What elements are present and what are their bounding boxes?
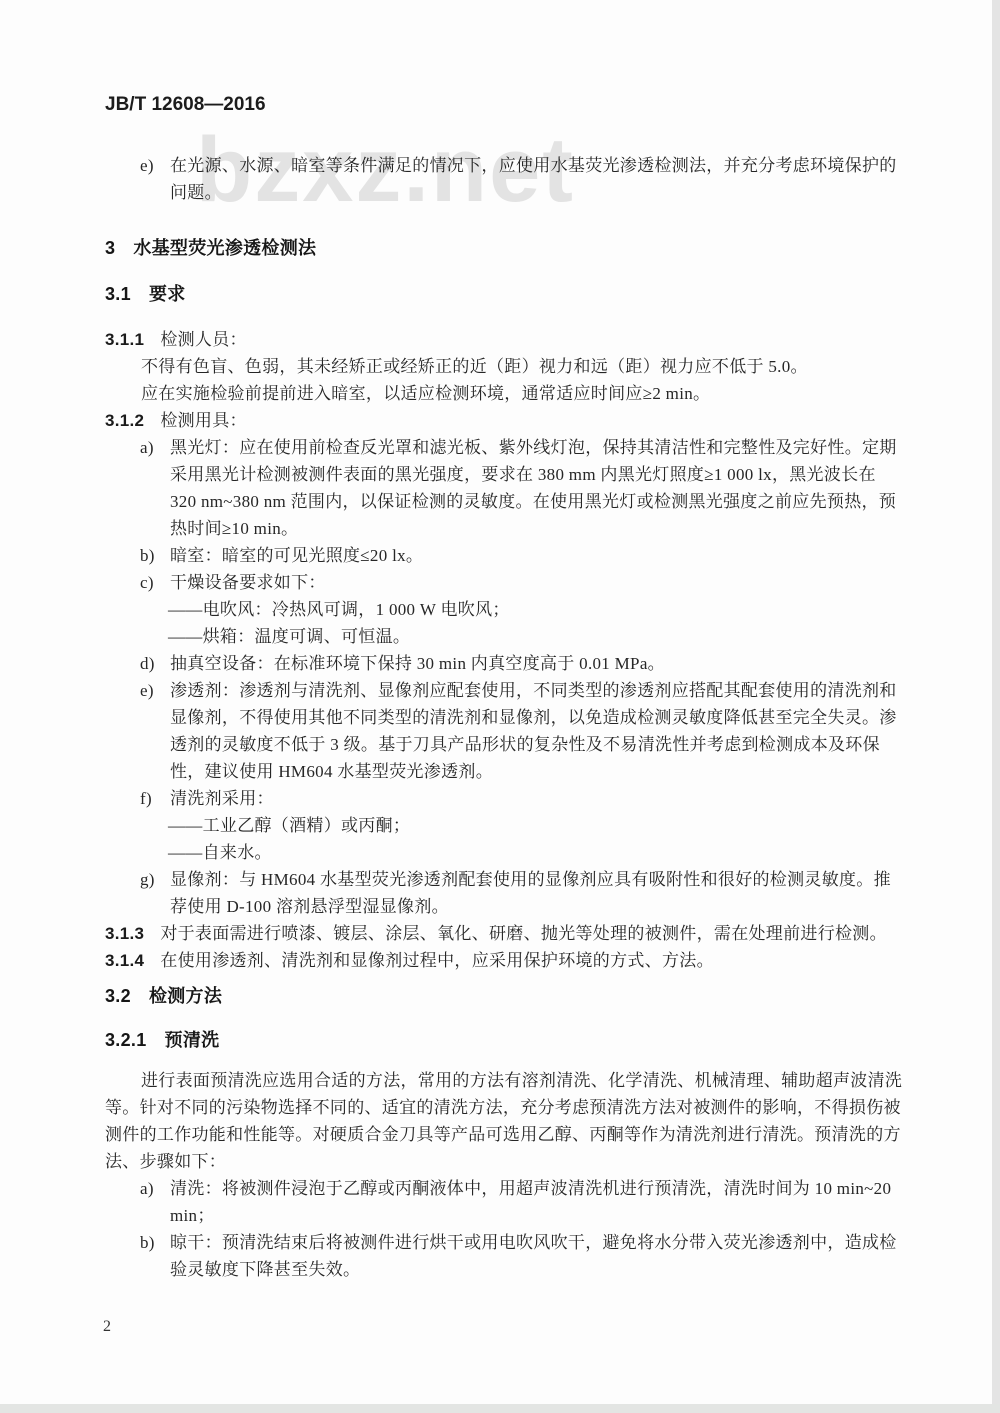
section-number: 3.1 bbox=[105, 284, 131, 304]
clause-number: 3.1.3 bbox=[105, 920, 144, 947]
clause-number: 3.1.4 bbox=[105, 947, 144, 974]
section-heading-3: 3水基型荧光渗透检测法 bbox=[105, 235, 905, 262]
clause-3-1-2: 3.1.2 检测用具： bbox=[105, 407, 905, 434]
section-heading-3-2-1: 3.2.1预清洗 bbox=[105, 1027, 905, 1054]
list-text: 显像剂：与 HM604 水基型荧光渗透剂配套使用的显像剂应具有吸附性和很好的检测… bbox=[170, 866, 905, 920]
list-marker: a) bbox=[140, 1175, 170, 1229]
clause-text: 对于表面需进行喷漆、镀层、涂层、氧化、研磨、抛光等处理的被测件，需在处理前进行检… bbox=[160, 920, 905, 947]
section-number: 3.2.1 bbox=[105, 1030, 147, 1050]
clause-title: 检测用具： bbox=[160, 407, 905, 434]
dash-item: ——电吹风：冷热风可调，1 000 W 电吹风； bbox=[168, 596, 905, 623]
section-heading-3-2: 3.2检测方法 bbox=[105, 983, 905, 1010]
list-item: a) 清洗：将被测件浸泡于乙醇或丙酮液体中，用超声波清洗机进行预清洗，清洗时间为… bbox=[140, 1175, 905, 1229]
list-text: 暗室：暗室的可见光照度≤20 lx。 bbox=[170, 542, 905, 569]
paragraph: 进行表面预清洗应选用合适的方法，常用的方法有溶剂清洗、化学清洗、机械清理、辅助超… bbox=[105, 1067, 905, 1175]
list-marker: e) bbox=[140, 152, 170, 206]
clause-text: 在使用渗透剂、清洗剂和显像剂过程中，应采用保护环境的方式、方法。 bbox=[160, 947, 905, 974]
section-title: 水基型荧光渗透检测法 bbox=[133, 238, 316, 258]
list-marker: f) bbox=[140, 785, 170, 812]
scan-edge-right bbox=[992, 0, 1000, 1413]
list-marker: a) bbox=[140, 434, 170, 542]
list-text: 黑光灯：应在使用前检查反光罩和滤光板、紫外线灯泡，保持其清洁性和完整性及完好性。… bbox=[170, 434, 905, 542]
list-item: c) 干燥设备要求如下： bbox=[140, 569, 905, 596]
list-text: 干燥设备要求如下： bbox=[170, 569, 905, 596]
list-item: e) 渗透剂：渗透剂与清洗剂、显像剂应配套使用，不同类型的渗透剂应搭配其配套使用… bbox=[140, 677, 905, 785]
section-number: 3 bbox=[105, 238, 115, 258]
clause-number: 3.1.2 bbox=[105, 407, 144, 434]
list-item: a) 黑光灯：应在使用前检查反光罩和滤光板、紫外线灯泡，保持其清洁性和完整性及完… bbox=[140, 434, 905, 542]
paragraph: 不得有色盲、色弱，其未经矫正或经矫正的近（距）视力和远（距）视力应不低于 5.0… bbox=[105, 353, 905, 380]
list-text: 渗透剂：渗透剂与清洗剂、显像剂应配套使用，不同类型的渗透剂应搭配其配套使用的清洗… bbox=[170, 677, 905, 785]
scan-edge-bottom bbox=[0, 1404, 1000, 1413]
list-text: 清洗：将被测件浸泡于乙醇或丙酮液体中，用超声波清洗机进行预清洗，清洗时间为 10… bbox=[170, 1175, 905, 1229]
clause-3-1-1: 3.1.1 检测人员： bbox=[105, 326, 905, 353]
section-title: 检测方法 bbox=[149, 986, 222, 1006]
list-marker: g) bbox=[140, 866, 170, 920]
section-number: 3.2 bbox=[105, 986, 131, 1006]
page-number: 2 bbox=[103, 1318, 111, 1336]
list-item: d) 抽真空设备：在标准环境下保持 30 min 内真空度高于 0.01 MPa… bbox=[140, 650, 905, 677]
list-item: g) 显像剂：与 HM604 水基型荧光渗透剂配套使用的显像剂应具有吸附性和很好… bbox=[140, 866, 905, 920]
section-title: 预清洗 bbox=[165, 1030, 220, 1050]
list-marker: b) bbox=[140, 542, 170, 569]
page-content: e) 在光源、水源、暗室等条件满足的情况下，应使用水基荧光渗透检测法，并充分考虑… bbox=[105, 152, 905, 1283]
list-text: 抽真空设备：在标准环境下保持 30 min 内真空度高于 0.01 MPa。 bbox=[170, 650, 905, 677]
list-item-e: e) 在光源、水源、暗室等条件满足的情况下，应使用水基荧光渗透检测法，并充分考虑… bbox=[140, 152, 905, 206]
dash-item: ——工业乙醇（酒精）或丙酮； bbox=[168, 812, 905, 839]
list-item: b) 晾干：预清洗结束后将被测件进行烘干或用电吹风吹干，避免将水分带入荧光渗透剂… bbox=[140, 1229, 905, 1283]
paragraph: 应在实施检验前提前进入暗室，以适应检测环境，通常适应时间应≥2 min。 bbox=[105, 380, 905, 407]
dash-item: ——烘箱：温度可调、可恒温。 bbox=[168, 623, 905, 650]
clause-number: 3.1.1 bbox=[105, 326, 144, 353]
clause-title: 检测人员： bbox=[160, 326, 905, 353]
dash-item: ——自来水。 bbox=[168, 839, 905, 866]
clause-3-1-4: 3.1.4 在使用渗透剂、清洗剂和显像剂过程中，应采用保护环境的方式、方法。 bbox=[105, 947, 905, 974]
list-item: f) 清洗剂采用： bbox=[140, 785, 905, 812]
section-heading-3-1: 3.1要求 bbox=[105, 281, 905, 308]
clause-3-1-3: 3.1.3 对于表面需进行喷漆、镀层、涂层、氧化、研磨、抛光等处理的被测件，需在… bbox=[105, 920, 905, 947]
list-item: b) 暗室：暗室的可见光照度≤20 lx。 bbox=[140, 542, 905, 569]
list-marker: b) bbox=[140, 1229, 170, 1283]
section-title: 要求 bbox=[149, 284, 186, 304]
list-marker: c) bbox=[140, 569, 170, 596]
list-text: 晾干：预清洗结束后将被测件进行烘干或用电吹风吹干，避免将水分带入荧光渗透剂中，造… bbox=[170, 1229, 905, 1283]
list-text: 清洗剂采用： bbox=[170, 785, 905, 812]
list-marker: e) bbox=[140, 677, 170, 785]
document-page: bzxz.net JB/T 12608—2016 e) 在光源、水源、暗室等条件… bbox=[0, 0, 1000, 1413]
list-marker: d) bbox=[140, 650, 170, 677]
doc-number: JB/T 12608—2016 bbox=[105, 94, 266, 116]
list-text: 在光源、水源、暗室等条件满足的情况下，应使用水基荧光渗透检测法，并充分考虑环境保… bbox=[170, 152, 905, 206]
